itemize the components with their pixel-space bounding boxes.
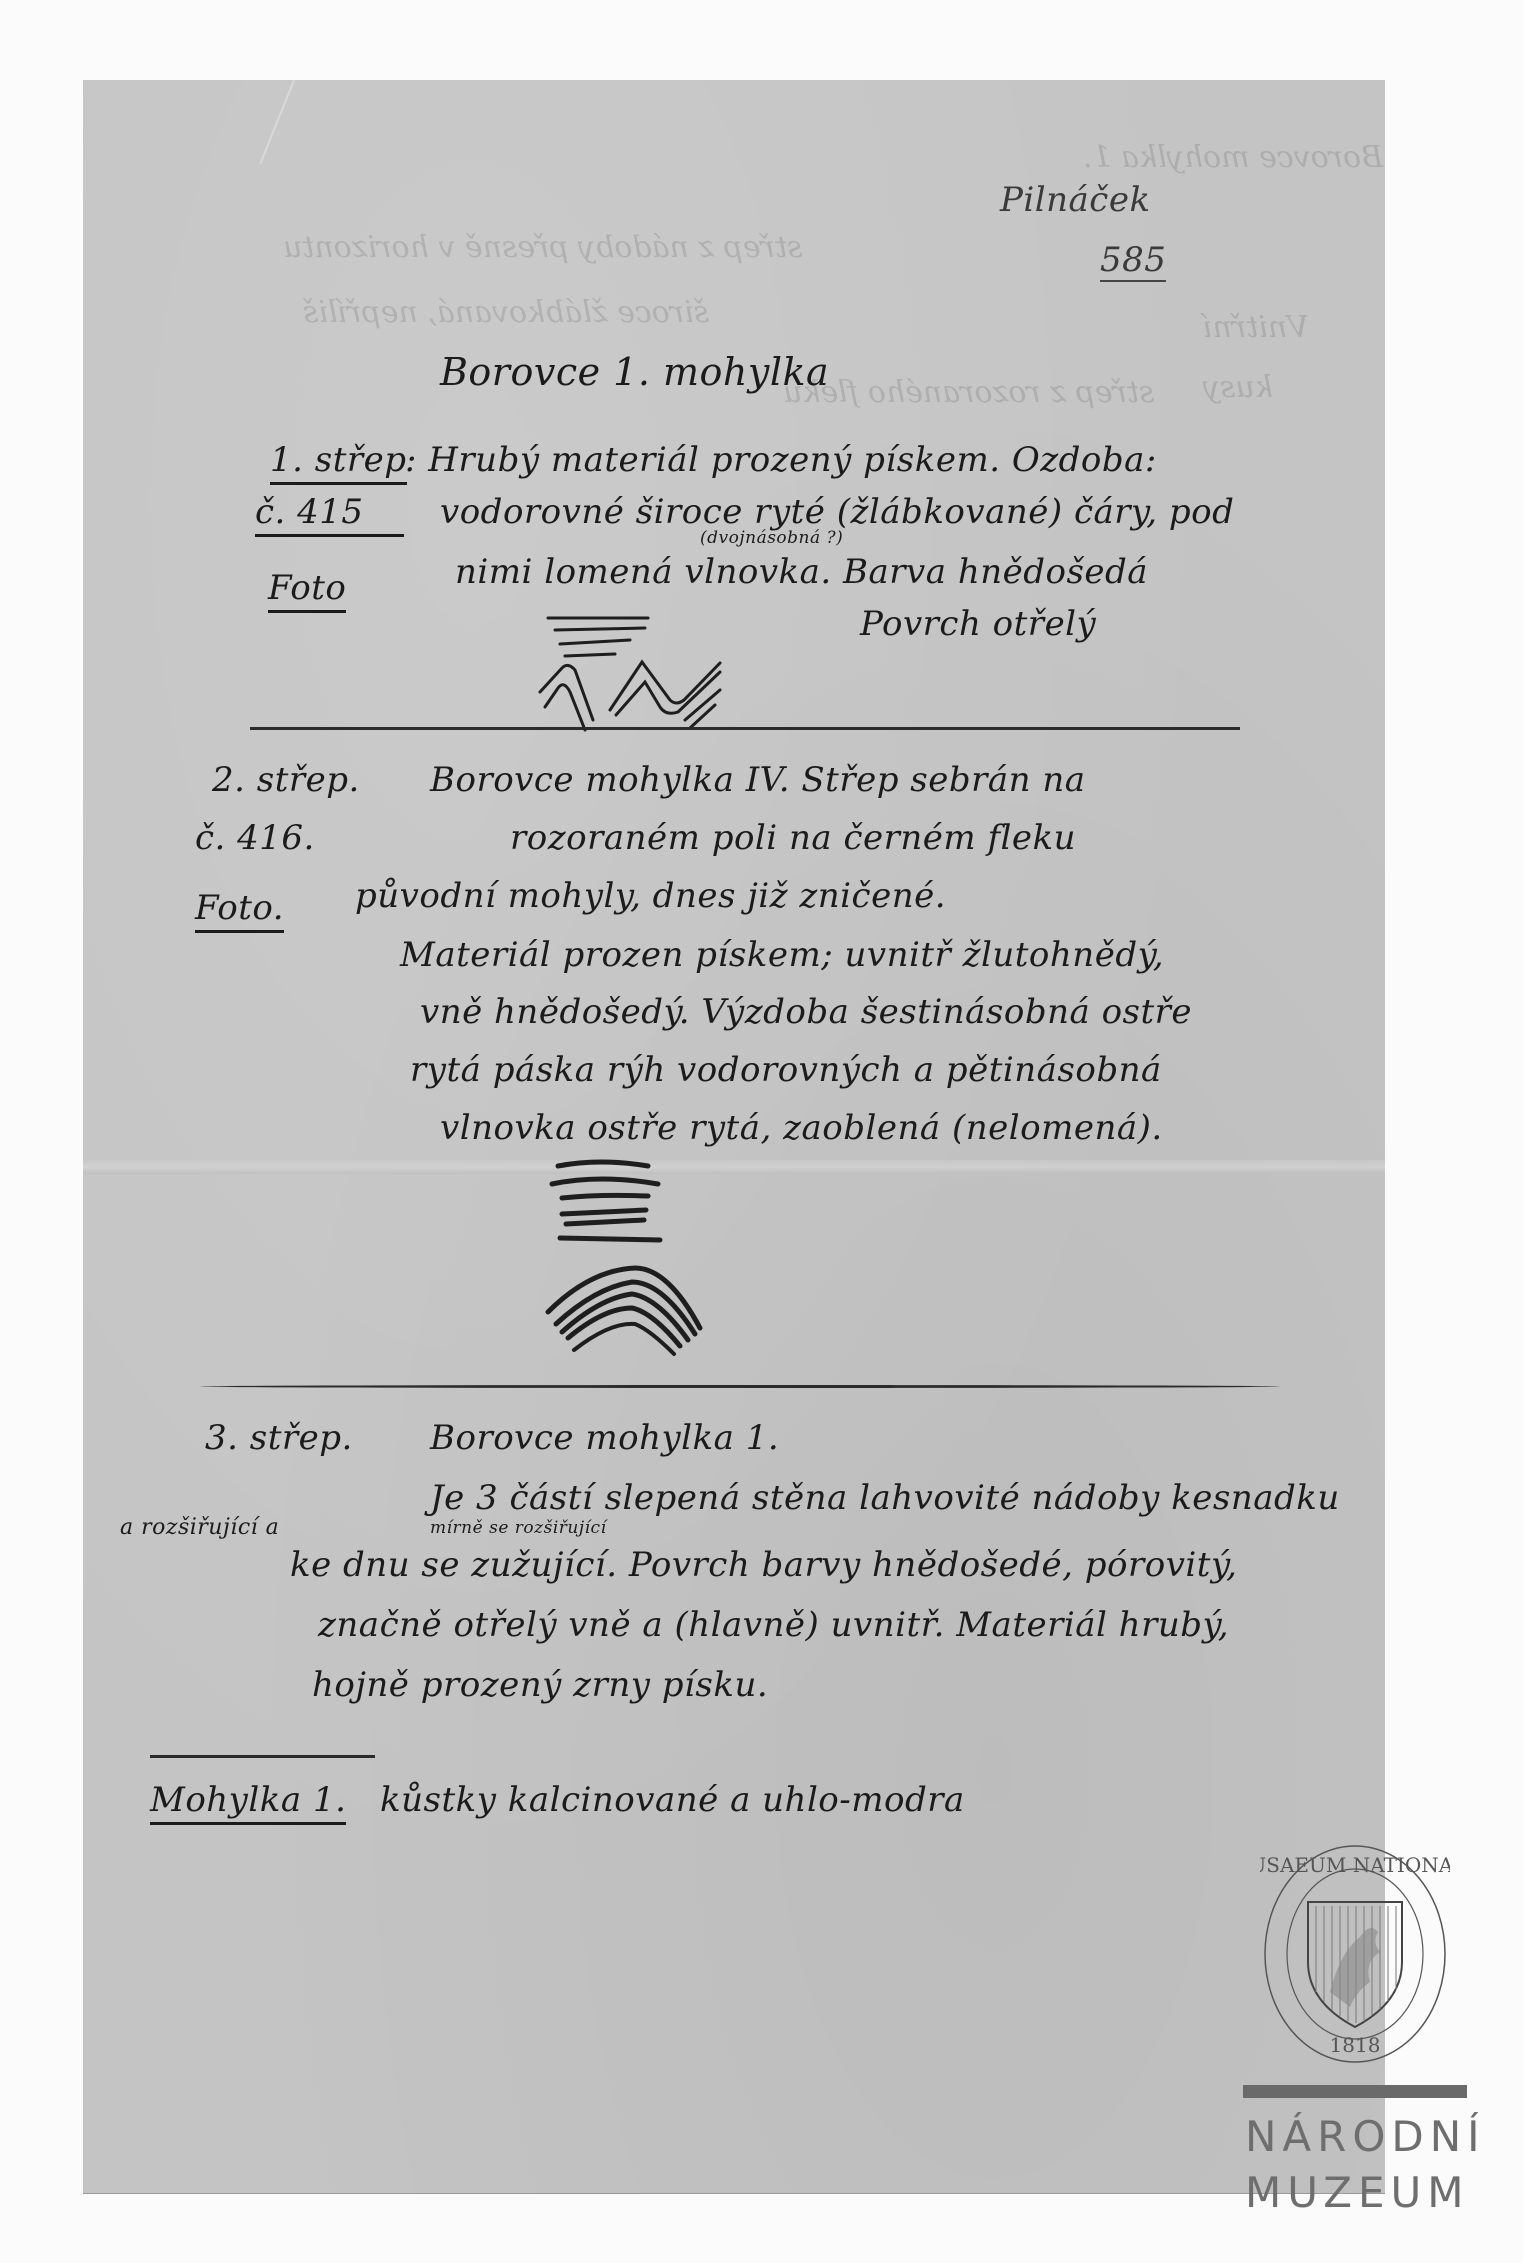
section-2-line: rytá páska rýh vodorovných a pětinásobná — [410, 1050, 1162, 1090]
section-1-number: č. 415 — [255, 492, 404, 537]
wave-ornament-sketch — [540, 1160, 720, 1360]
section-2-photo: Foto. — [195, 888, 284, 933]
section-1-line: vodorovné široce ryté (žlábkované) čáry,… — [440, 492, 1234, 532]
ghost-text: Borovce mohylka 1. — [1083, 140, 1383, 175]
seal-text: MUSAEUM NATIONALE — [1260, 1853, 1450, 1877]
ghost-text: kusy — [1203, 370, 1273, 405]
page-number: 585 — [1100, 240, 1166, 282]
section-1-insert: (dvojnásobná ?) — [700, 528, 843, 548]
section-2-line: rozoraném poli na černém fleku — [510, 818, 1076, 858]
section-1-label: 1. střep — [270, 440, 407, 485]
footer-note-text: kůstky kalcinované a uhlo-modra — [380, 1780, 965, 1820]
section-divider — [250, 727, 1240, 730]
section-2-line: Borovce mohylka IV. Střep sebrán na — [430, 760, 1086, 800]
section-divider — [150, 1755, 375, 1758]
section-3-line: značně otřelý vně a (hlavně) uvnitř. Mat… — [318, 1605, 1229, 1645]
section-2-line: vlnovka ostře rytá, zaoblená (nelomená). — [440, 1108, 1163, 1148]
seal-year: 1818 — [1330, 2033, 1381, 2057]
section-3-line: Borovce mohylka 1. — [430, 1418, 779, 1458]
section-1-line: : Hrubý materiál prozený pískem. Ozdoba: — [405, 440, 1157, 480]
zigzag-ornament-sketch — [530, 600, 760, 740]
ghost-text: Vnitřní — [1203, 310, 1309, 345]
paper-fold — [83, 1160, 1385, 1174]
section-2-label: 2. střep. — [212, 760, 360, 800]
logo-bar — [1243, 2085, 1467, 2098]
paper-crease — [259, 80, 295, 164]
section-3-label: 3. střep. — [205, 1418, 353, 1458]
section-3-insert: mírně se rozšiřující — [430, 1518, 607, 1538]
section-3-line: Je 3 částí slepená stěna lahvovité nádob… — [430, 1478, 1340, 1518]
ghost-text: střep z nádoby přesně v horizontu — [283, 230, 802, 265]
section-2-number: č. 416. — [195, 818, 315, 858]
section-2-line: původní mohyly, dnes již zničené. — [355, 876, 946, 916]
ghost-text: široce žlábkovaná, nepříliš — [303, 295, 709, 330]
section-divider — [200, 1385, 1280, 1388]
section-3-line: hojně prozený zrny písku. — [312, 1665, 768, 1705]
ghost-text: střep z rozoraného fleku — [783, 375, 1154, 410]
footer-note-label: Mohylka 1. — [150, 1780, 346, 1825]
section-2-line: vně hnědošedý. Výzdoba šestinásobná ostř… — [420, 992, 1192, 1032]
section-1-photo: Foto — [268, 568, 346, 613]
museum-seal: MUSAEUM NATIONALE 1818 — [1260, 1842, 1450, 2067]
section-3-margin-note: a rozšiřující a — [120, 1515, 279, 1540]
logo-line-1: NÁRODNÍ — [1245, 2112, 1469, 2161]
section-3-line: ke dnu se zužující. Povrch barvy hnědoše… — [290, 1545, 1237, 1585]
section-1-line: nimi lomená vlnovka. Barva hnědošedá — [455, 552, 1148, 592]
page-title: Borovce 1. mohylka — [440, 350, 829, 394]
author-name: Pilnáček — [1000, 180, 1151, 220]
section-2-line: Materiál prozen pískem; uvnitř žlutohněd… — [400, 935, 1164, 975]
section-1-line: Povrch otřelý — [860, 604, 1096, 644]
logo-line-2: MUZEUM — [1245, 2168, 1469, 2217]
